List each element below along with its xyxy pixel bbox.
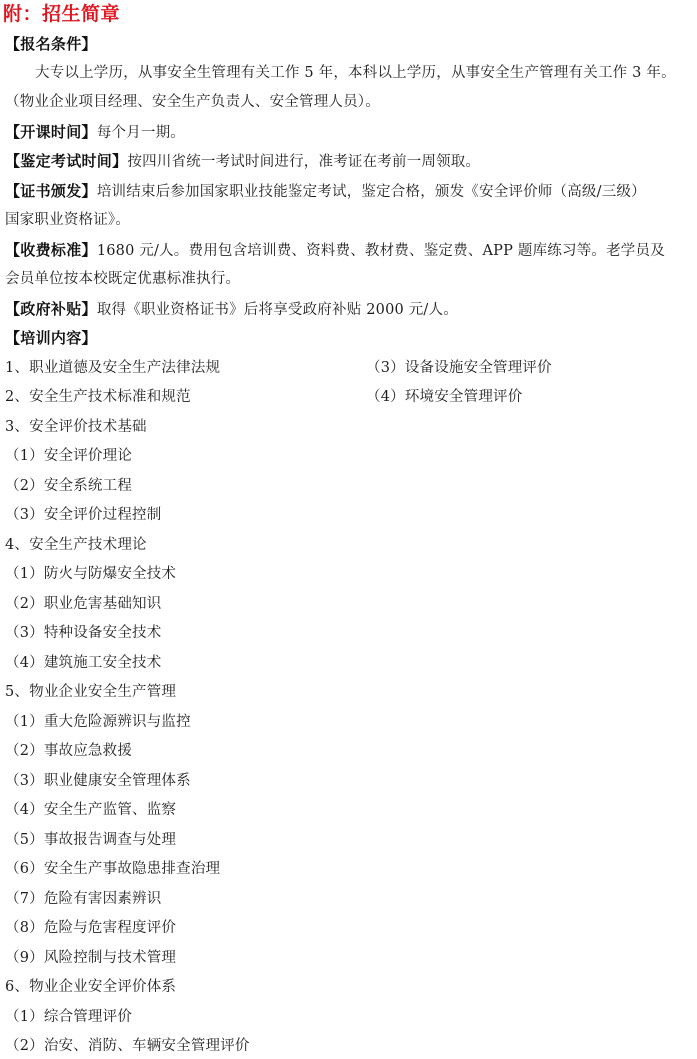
fee-text-2: 会员单位按本校既定优惠标准执行。 — [5, 265, 240, 294]
training-item: 4、安全生产技术理论 — [5, 531, 147, 560]
exam-text: 按四川省统一考试时间进行，准考证在考前一周领取。 — [127, 154, 480, 170]
training-item: （2）职业危害基础知识 — [5, 590, 161, 619]
enroll-label: 【报名条件】 — [5, 35, 97, 53]
schedule-label: 【开课时间】 — [5, 123, 97, 141]
training-item: （7）危险有害因素辨识 — [5, 885, 161, 914]
training-item: （2）治安、消防、车辆安全管理评价 — [5, 1032, 250, 1059]
enroll-section-heading: 【报名条件】 — [5, 30, 97, 59]
training-item-right: （3）设备设施安全管理评价 — [366, 354, 552, 383]
certificate-label: 【证书颁发】 — [5, 182, 97, 200]
training-section-heading: 【培训内容】 — [5, 324, 97, 353]
training-item: （1）综合管理评价 — [5, 1003, 132, 1032]
training-item: （1）安全评价理论 — [5, 442, 132, 471]
schedule-row: 【开课时间】每个月一期。 — [5, 118, 185, 147]
certificate-text-1: 培训结束后参加国家职业技能鉴定考试，鉴定合格，颁发《安全评价师（高级/三级） — [97, 184, 646, 200]
fee-text-1: 1680 元/人。费用包含培训费、资料费、教材费、鉴定费、APP 题库练习等。老… — [97, 243, 665, 259]
training-item: （3）特种设备安全技术 — [5, 619, 161, 648]
exam-label: 【鉴定考试时间】 — [5, 152, 127, 170]
subsidy-row: 【政府补贴】取得《职业资格证书》后将享受政府补贴 2000 元/人。 — [5, 295, 458, 324]
training-item: （3）职业健康安全管理体系 — [5, 767, 191, 796]
fee-row: 【收费标准】1680 元/人。费用包含培训费、资料费、教材费、鉴定费、APP 题… — [5, 236, 665, 265]
page-title: 附：招生简章 — [3, 0, 120, 28]
training-item: （2）安全系统工程 — [5, 472, 132, 501]
enroll-paragraph-line-1: 大专以上学历，从事安全生管理有关工作 5 年，本科以上学历，从事安全生产管理有关… — [35, 59, 676, 88]
training-item: （4）安全生产监管、监察 — [5, 796, 176, 825]
training-item: 6、物业企业安全评价体系 — [5, 973, 176, 1002]
training-item: （3）安全评价过程控制 — [5, 501, 161, 530]
schedule-text: 每个月一期。 — [97, 125, 185, 141]
training-item: （2）事故应急救援 — [5, 737, 132, 766]
training-item: 1、职业道德及安全生产法律法规 — [5, 354, 220, 383]
certificate-row: 【证书颁发】培训结束后参加国家职业技能鉴定考试，鉴定合格，颁发《安全评价师（高级… — [5, 177, 646, 206]
training-item: （1）重大危险源辨识与监控 — [5, 708, 191, 737]
training-item: （6）安全生产事故隐患排查治理 — [5, 855, 220, 884]
certificate-text-2: 国家职业资格证》。 — [5, 206, 130, 235]
training-item: （9）风险控制与技术管理 — [5, 944, 176, 973]
subsidy-label: 【政府补贴】 — [5, 300, 97, 318]
training-item: （1）防火与防爆安全技术 — [5, 560, 176, 589]
training-item: 5、物业企业安全生产管理 — [5, 678, 176, 707]
training-label: 【培训内容】 — [5, 329, 97, 347]
training-item: 2、安全生产技术标准和规范 — [5, 383, 191, 412]
training-item: 3、安全评价技术基础 — [5, 413, 147, 442]
training-item-right: （4）环境安全管理评价 — [366, 383, 522, 412]
training-item: （4）建筑施工安全技术 — [5, 649, 161, 678]
subsidy-text: 取得《职业资格证书》后将享受政府补贴 2000 元/人。 — [97, 302, 458, 318]
fee-label: 【收费标准】 — [5, 241, 97, 259]
document-page: 附：招生简章 【报名条件】 大专以上学历，从事安全生管理有关工作 5 年，本科以… — [0, 0, 697, 1059]
training-item: （8）危险与危害程度评价 — [5, 914, 176, 943]
exam-row: 【鉴定考试时间】按四川省统一考试时间进行，准考证在考前一周领取。 — [5, 147, 480, 176]
enroll-paragraph-line-2: （物业企业项目经理、安全生产负责人、安全管理人员）。 — [5, 88, 380, 117]
training-item: （5）事故报告调查与处理 — [5, 826, 176, 855]
